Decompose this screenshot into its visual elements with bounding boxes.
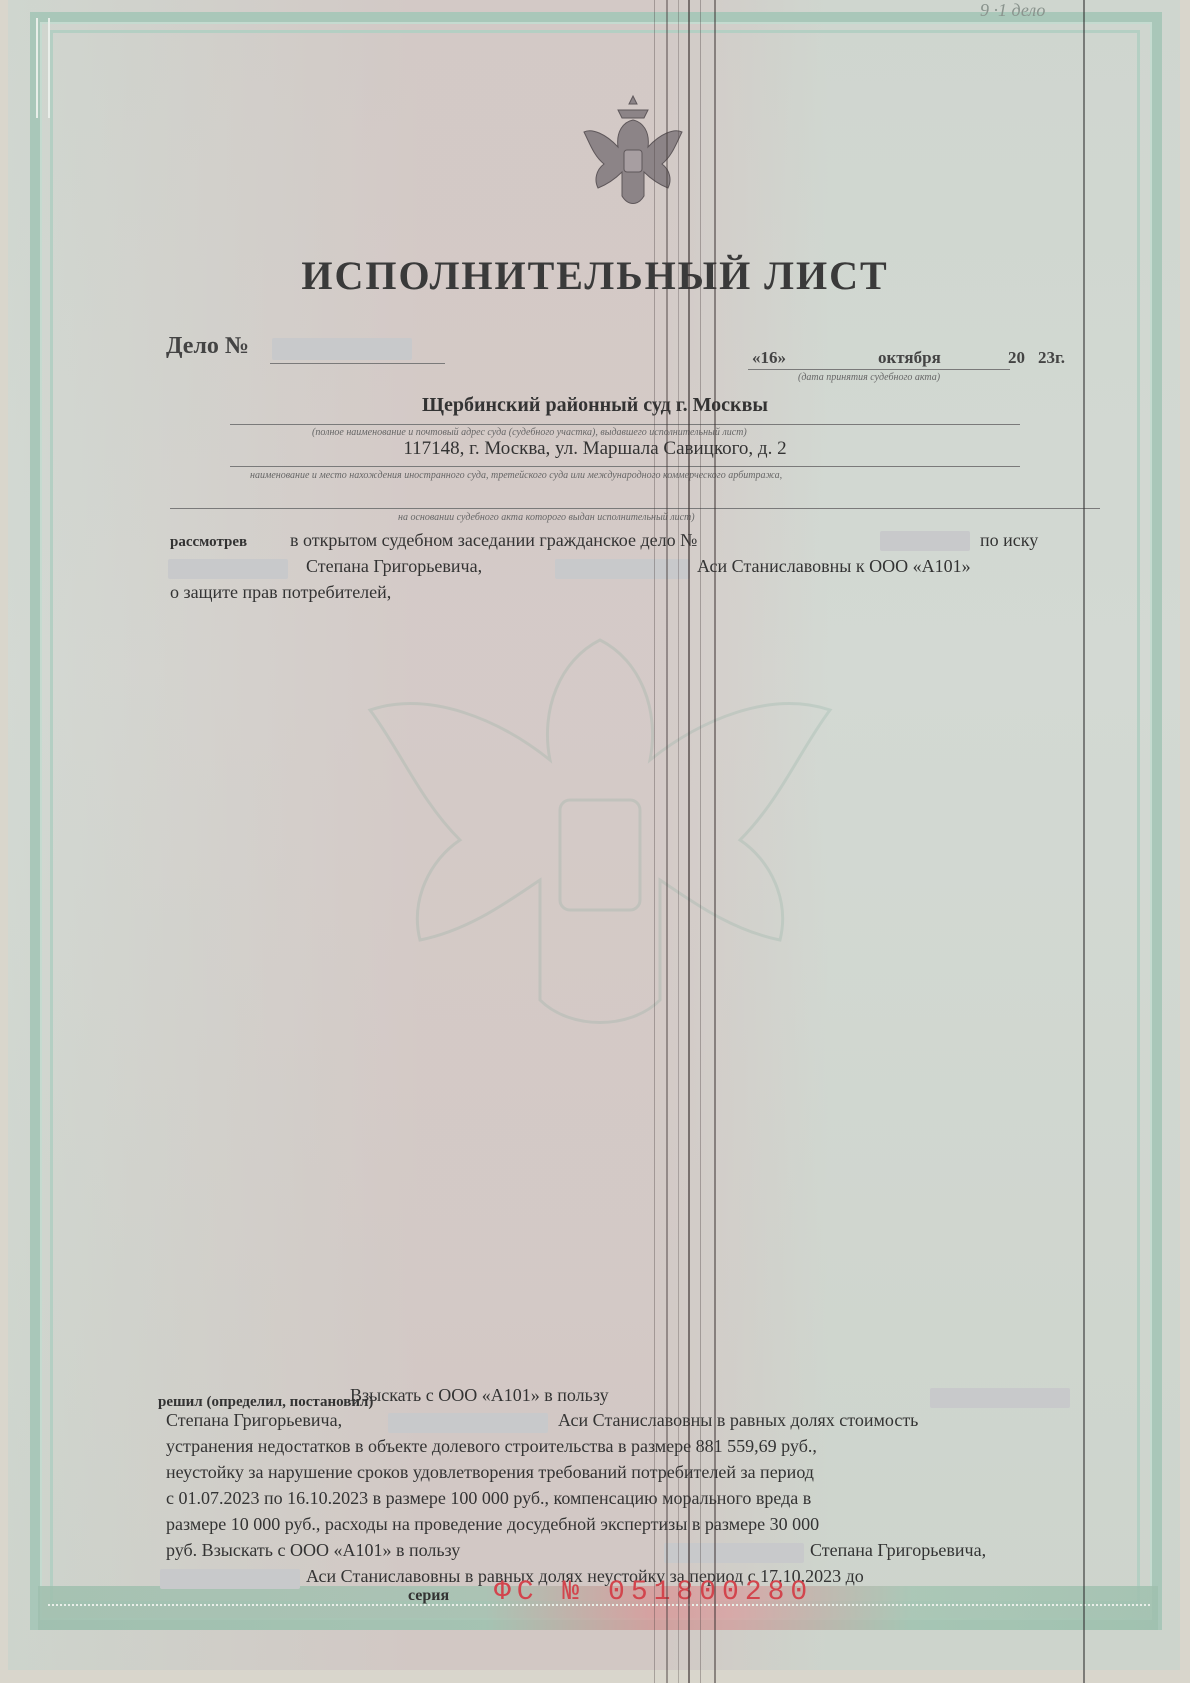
case-number-label: Дело № [166, 333, 249, 360]
foreign-underline [170, 508, 1100, 509]
date-year-suffix: 23г. [1038, 348, 1065, 368]
date-caption: (дата принятия судебного акта) [798, 372, 940, 383]
date-month: октября [878, 348, 941, 368]
case-number-redacted [272, 338, 412, 360]
considered-line-1: в открытом судебном заседании гражданско… [290, 530, 697, 551]
serial-label: серия [408, 1587, 449, 1605]
decision-line-3: устранения недостатков в объекте долевог… [166, 1436, 817, 1457]
considered-line-1-end: по иску [980, 530, 1038, 551]
considered-line-2b: Аси Станиславовны к ООО «А101» [697, 556, 971, 577]
serial-number: ФС № 051800280 [494, 1577, 813, 1608]
decision-line-1: Степана Григорьевича, [166, 1410, 342, 1431]
court-name-caption: (полное наименование и почтовый адрес су… [312, 427, 747, 438]
act-caption: на основании судебного акта которого выд… [398, 512, 695, 523]
plaintiff-2-surname-redacted [555, 559, 690, 579]
handwritten-note: 9 ·1 дело [980, 0, 1045, 21]
date-underline [748, 369, 1010, 370]
recipient-1-surname-redacted [930, 1388, 1070, 1408]
binding-clip [36, 18, 50, 118]
coat-of-arms-watermark [340, 600, 860, 1060]
decision-line-6: размере 10 000 руб., расходы на проведен… [166, 1514, 819, 1535]
civil-case-number-redacted [880, 531, 970, 551]
decision-line-5: с 01.07.2023 по 16.10.2023 в размере 100… [166, 1488, 811, 1509]
address-underline [230, 466, 1020, 467]
considered-lead: рассмотрев [170, 534, 247, 551]
foreign-court-caption: наименование и место нахождения иностран… [250, 470, 782, 481]
court-underline [230, 424, 1020, 425]
recipient-2-surname-redacted [388, 1413, 548, 1433]
date-day: «16» [752, 348, 786, 368]
plaintiff-1-surname-redacted [168, 559, 288, 579]
decision-line-4: неустойку за нарушение сроков удовлетвор… [166, 1462, 814, 1483]
considered-line-2a: Степана Григорьевича, [306, 556, 482, 577]
decision-line-0: Взыскать с ООО «А101» в пользу [350, 1385, 609, 1406]
recipient-3-surname-redacted [664, 1543, 804, 1563]
court-name: Щербинский районный суд г. Москвы [0, 394, 1190, 417]
date-year-prefix: 20 [1008, 348, 1025, 368]
court-address: 117148, г. Москва, ул. Маршала Савицкого… [0, 438, 1190, 460]
decision-line-2: Аси Станиславовны в равных долях стоимос… [558, 1410, 918, 1431]
russian-coat-of-arms-icon [578, 92, 688, 212]
decision-lead: решил (определил, постановил) [158, 1394, 373, 1411]
considered-line-3: о защите прав потребителей, [170, 582, 391, 603]
case-number-underline [270, 363, 445, 364]
decision-line-8: Степана Григорьевича, [810, 1540, 986, 1561]
recipient-4-surname-redacted [160, 1569, 300, 1589]
document-title: ИСПОЛНИТЕЛЬНЫЙ ЛИСТ [0, 252, 1190, 299]
decision-line-7: руб. Взыскать с ООО «А101» в пользу [166, 1540, 460, 1561]
